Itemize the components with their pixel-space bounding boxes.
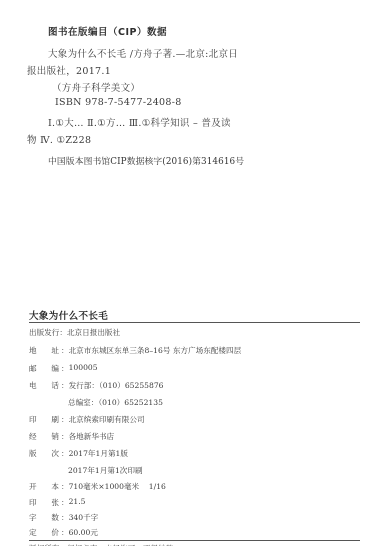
row-value: 21.5 [69, 497, 86, 508]
row-label: 印刷 [29, 414, 59, 425]
row-value: 100005 [69, 363, 98, 374]
colon: ： [61, 512, 69, 523]
cip-verification-number: 中国版本图书馆CIP数据核字(2016)第314616号 [48, 154, 244, 167]
imprint-row-address: 地址：北京市东城区东单三条8–16号 东方广场东配楼四层 [29, 345, 241, 356]
colon: ： [61, 345, 69, 356]
colon: ： [61, 414, 69, 425]
row-label: 经销 [29, 431, 59, 442]
row-value: 北京日报出版社 [67, 327, 120, 338]
imprint-row-phone: 电话：发行部：（010）65255876 [29, 380, 164, 391]
colon: ： [61, 481, 69, 492]
cip-classification-2: 物 Ⅳ. ①Z228 [27, 132, 91, 146]
row-value: 各地新华书店 [69, 431, 115, 442]
imprint-row-wordcount: 字数：340千字 [29, 512, 98, 523]
row-label: 邮编 [29, 363, 59, 374]
colon: ： [61, 363, 69, 374]
row-value: 2017年1月第1次印刷 [68, 465, 143, 476]
row-value: 北京缤索印刷有限公司 [69, 414, 145, 425]
row-label: 出版发行 [29, 327, 59, 338]
cip-line-series: （方舟子科学美文） [52, 80, 140, 94]
imprint-row-edition: 版次：2017年1月第1版 [29, 448, 128, 459]
imprint-row-price: 定价：60.00元 [29, 527, 98, 538]
row-value: 发行部：（010）65255876 [69, 380, 164, 391]
row-label: 地址 [29, 345, 59, 356]
book-title: 大象为什么不长毛 [29, 308, 108, 322]
row-label: 字数 [29, 512, 59, 523]
colon: ： [59, 327, 67, 338]
row-label: 电话 [29, 380, 59, 391]
cip-line-1: 大象为什么不长毛 /方舟子著.—北京:北京日 [48, 46, 238, 60]
row-value: 340千字 [69, 512, 99, 523]
imprint-row-sheets: 印张：21.5 [29, 497, 86, 508]
colon: ： [61, 448, 69, 459]
imprint-row-publisher: 出版发行：北京日报出版社 [29, 327, 120, 338]
row-label: 定价 [29, 527, 59, 538]
row-value: 2017年1月第1版 [69, 448, 128, 459]
row-value: 北京市东城区东单三条8–16号 东方广场东配楼四层 [69, 345, 242, 356]
bottom-divider [29, 540, 360, 541]
imprint-row-format: 开本：710毫米×1000毫米 1/16 [29, 481, 166, 492]
imprint-row-printing: 2017年1月第1次印刷 [68, 465, 143, 476]
row-value: 710毫米×1000毫米 1/16 [69, 481, 166, 492]
cip-line-2: 报出版社，2017.1 [27, 63, 111, 77]
colon: ： [61, 527, 69, 538]
top-divider [29, 322, 360, 323]
row-value: 60.00元 [69, 527, 98, 538]
row-value: 总编室：（010）65252135 [68, 397, 163, 408]
colon: ： [61, 380, 69, 391]
colon: ： [61, 431, 69, 442]
row-label: 版次 [29, 448, 59, 459]
cip-isbn: ISBN 978-7-5477-2408-8 [55, 97, 182, 108]
cip-classification-1: Ⅰ.①大… Ⅱ.①方… Ⅲ.①科学知识 – 普及读 [48, 115, 231, 129]
imprint-row-distributor: 经销：各地新华书店 [29, 431, 114, 442]
colon: ： [61, 497, 69, 508]
imprint-row-phone-editorial: 总编室：（010）65252135 [68, 397, 163, 408]
imprint-row-postcode: 邮编：100005 [29, 363, 98, 374]
row-label: 开本 [29, 481, 59, 492]
imprint-row-printer: 印刷：北京缤索印刷有限公司 [29, 414, 145, 425]
cip-title: 图书在版编目（CIP）数据 [48, 24, 167, 38]
row-label: 印张 [29, 497, 59, 508]
